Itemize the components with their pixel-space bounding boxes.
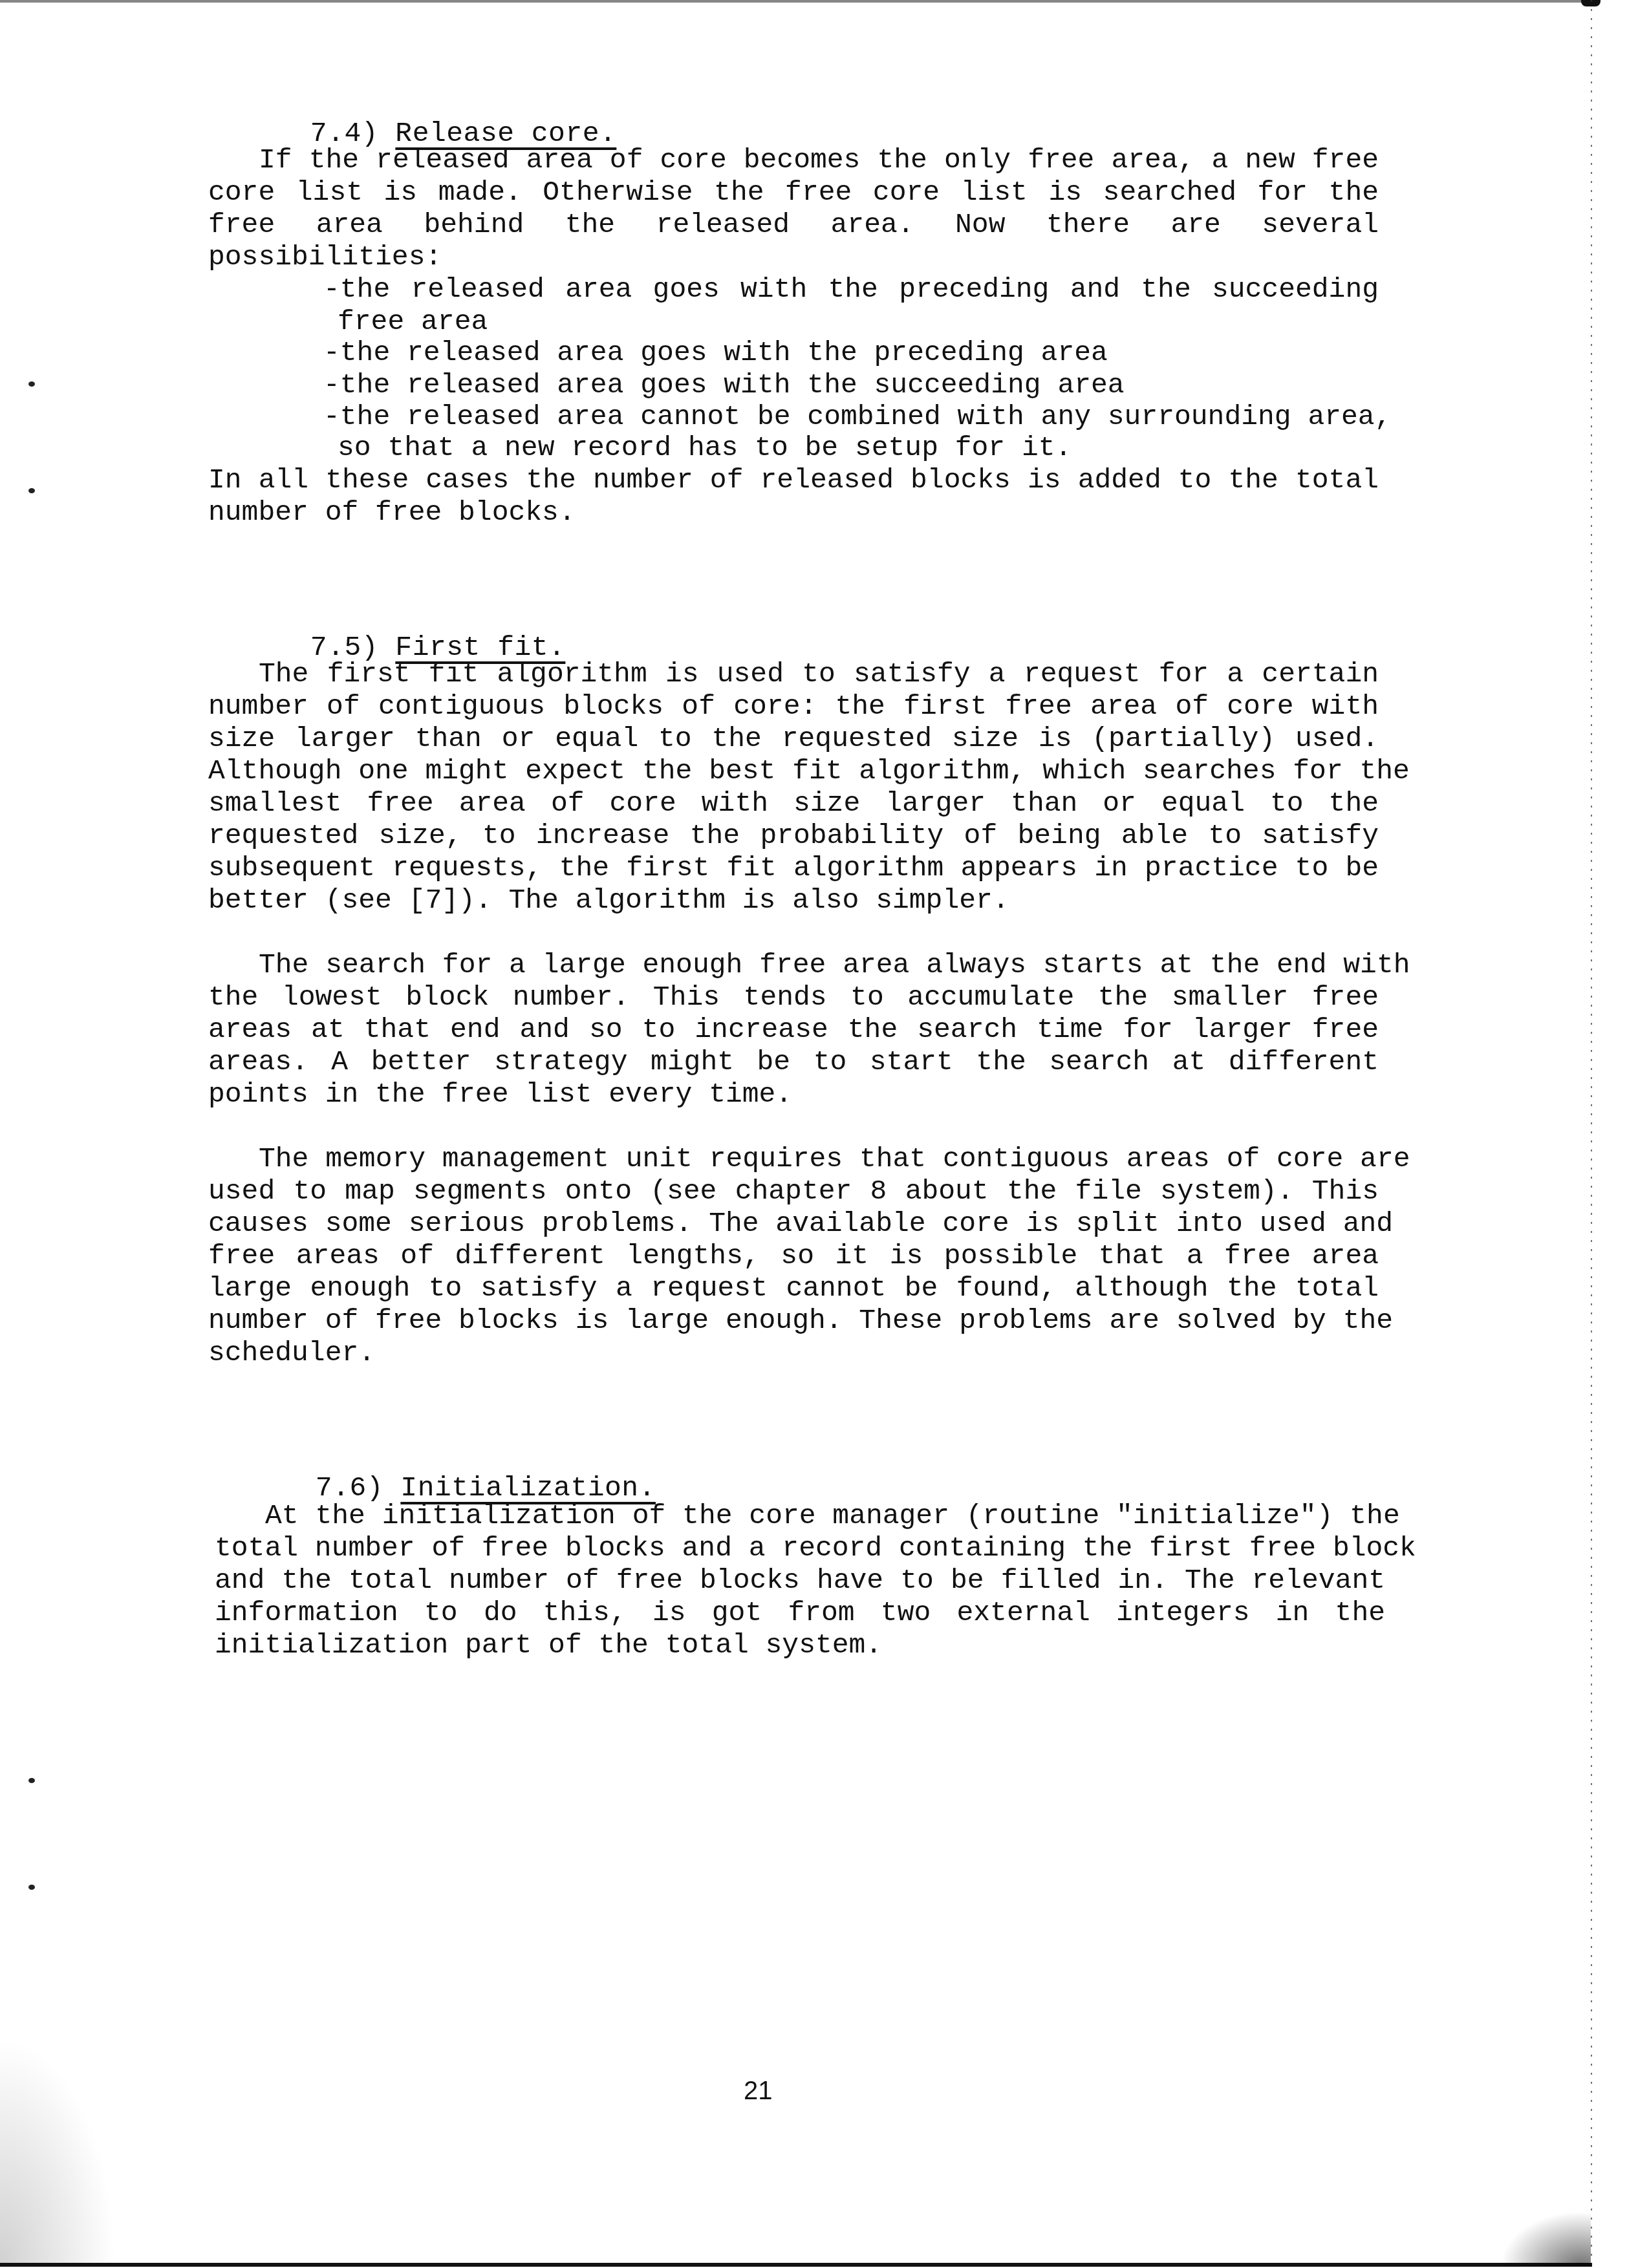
paragraph-line: areas at that end and so to increase the… (208, 1014, 1379, 1045)
paragraph-line: Although one might expect the best fit a… (208, 755, 1379, 787)
paragraph-line: At the initialization of the core manage… (215, 1500, 1385, 1532)
paragraph-line: used to map segments onto (see chapter 8… (208, 1175, 1379, 1207)
paragraph-line: causes some serious problems. The availa… (208, 1208, 1379, 1239)
list-item-continuation: so that a new record has to be setup for… (338, 432, 1379, 464)
list-item: -the released area goes with the succeed… (323, 369, 1379, 401)
paragraph-line: free areas of different lengths, so it i… (208, 1240, 1379, 1272)
paragraph-line: number of free blocks. (208, 497, 1379, 528)
scan-corner-smudge (1500, 2211, 1591, 2266)
punch-hole-mark (28, 381, 35, 387)
punch-hole-mark (28, 1885, 35, 1890)
paragraph-line: In all these cases the number of release… (208, 464, 1379, 496)
paragraph-line: requested size, to increase the probabil… (208, 820, 1379, 851)
paragraph-line: The search for a large enough free area … (208, 949, 1379, 981)
paragraph-line: core list is made. Otherwise the free co… (208, 177, 1379, 208)
paragraph-line: the lowest block number. This tends to a… (208, 981, 1379, 1013)
paragraph-line: The first fit algorithm is used to satis… (208, 658, 1379, 690)
paragraph-line: If the released area of core becomes the… (208, 144, 1379, 176)
list-item: -the released area cannot be combined wi… (323, 401, 1379, 433)
page-number: 21 (744, 2077, 773, 2106)
list-item-continuation: free area (338, 306, 1379, 337)
paragraph-line: subsequent requests, the first fit algor… (208, 852, 1379, 884)
scan-corner-smudge-left (0, 2037, 116, 2263)
paragraph-line: information to do this, is got from two … (215, 1597, 1385, 1629)
paragraph-line: initialization part of the total system. (215, 1629, 1385, 1661)
paragraph-line: total number of free blocks and a record… (215, 1532, 1385, 1564)
list-item: -the released area goes with the precedi… (323, 337, 1379, 369)
scan-edge-top (0, 0, 1591, 3)
paragraph-line: scheduler. (208, 1337, 1379, 1369)
scan-edge-right (1591, 0, 1592, 2266)
paragraph-line: number of contiguous blocks of core: the… (208, 690, 1379, 722)
paragraph-line: large enough to satisfy a request cannot… (208, 1272, 1379, 1304)
list-item: -the released area goes with the precedi… (323, 273, 1379, 305)
paragraph-line: number of free blocks is large enough. T… (208, 1305, 1379, 1336)
paragraph-line: free area behind the released area. Now … (208, 209, 1379, 241)
paragraph-line: better (see [7]). The algorithm is also … (208, 884, 1379, 916)
section-title: Initialization. (400, 1472, 656, 1504)
paragraph-line: The memory management unit requires that… (208, 1143, 1379, 1175)
paragraph-line: areas. A better strategy might be to sta… (208, 1046, 1379, 1078)
punch-hole-mark (28, 488, 35, 493)
paragraph-line: size larger than or equal to the request… (208, 723, 1379, 754)
document-page: 7.4) Release core. If the released area … (0, 0, 1649, 2268)
section-number: 7.6) (316, 1472, 383, 1504)
punch-hole-mark (28, 1778, 35, 1783)
paragraph-line: smallest free area of core with size lar… (208, 787, 1379, 819)
paragraph-line: and the total number of free blocks have… (215, 1565, 1385, 1596)
scan-edge-bottom (0, 2263, 1592, 2267)
paragraph-line: points in the free list every time. (208, 1078, 1379, 1110)
paragraph-line: possibilities: (208, 241, 1379, 273)
